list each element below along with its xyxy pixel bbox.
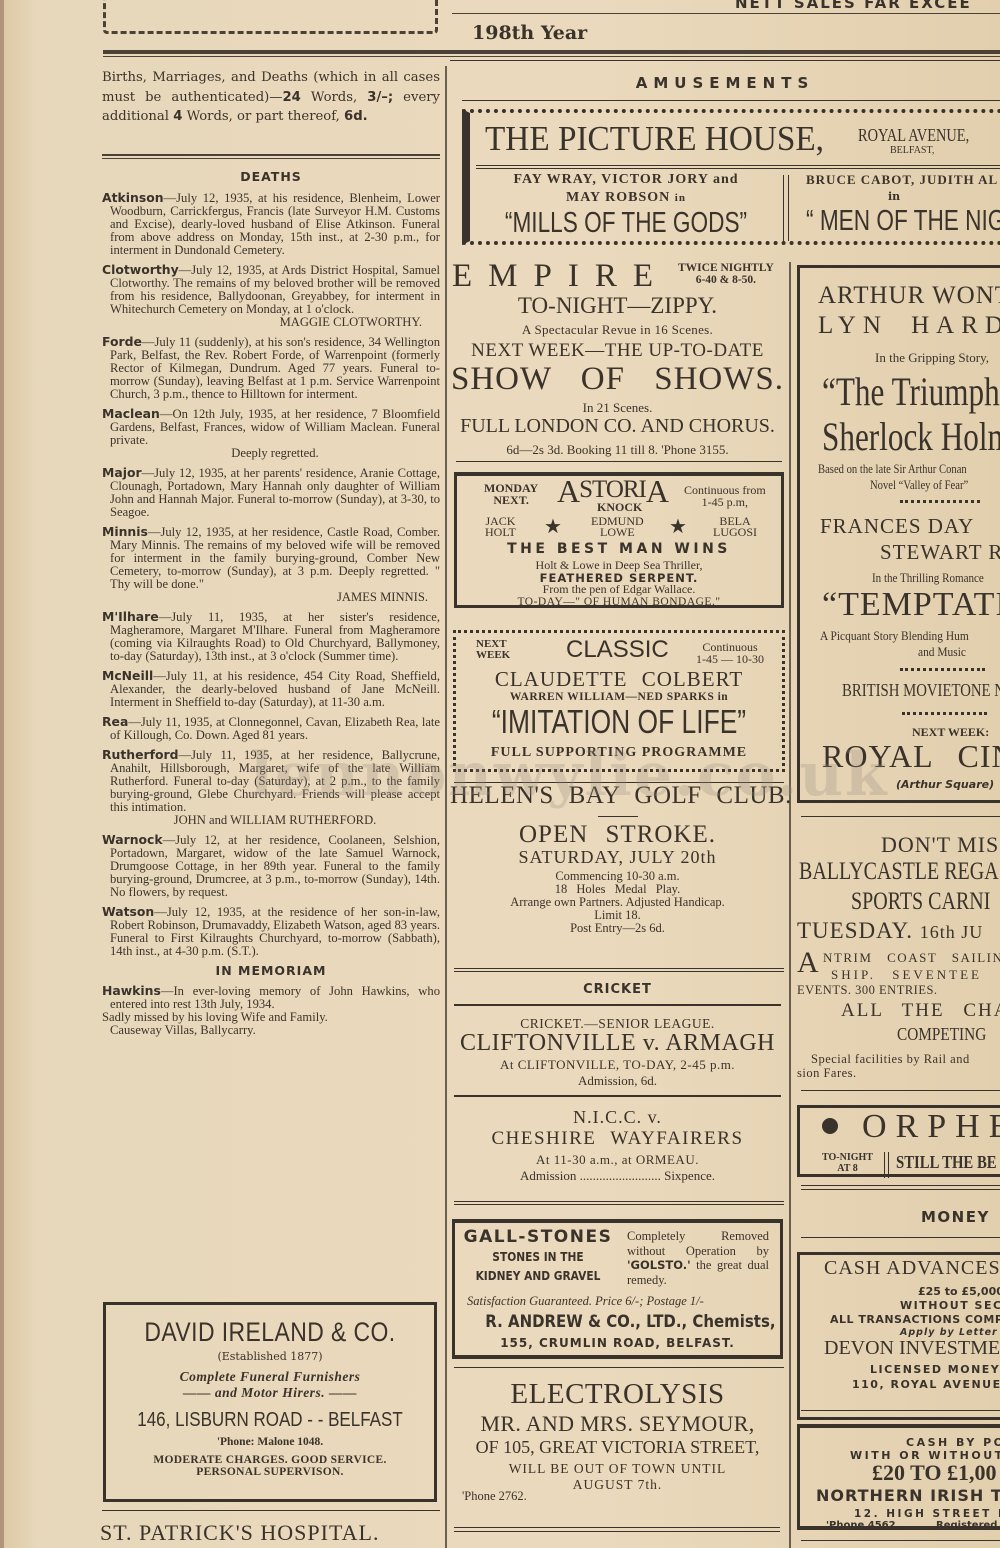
death-notice: Rea—July 11, 1935, at Clonnegonnel, Cava… (102, 714, 440, 742)
david-ireland-ad: DAVID IRELAND & CO. (Established 1877) C… (103, 1302, 437, 1502)
rule (801, 1237, 1000, 1238)
in-memoriam-heading: IN MEMORIAM (102, 963, 440, 978)
cliftonville-armagh-match: CLIFTONVILLE v. ARMAGH (450, 1030, 785, 1057)
northern-irish-trust-ad: CASH BY POST WITH OR WITHOUT SE £20 TO £… (797, 1424, 1000, 1530)
death-notice: Forde—July 11 (suddenly), at his son's r… (102, 334, 440, 401)
section-rule (102, 154, 440, 159)
memoriam-notice: Hawkins—In ever-loving memory of John Ha… (102, 983, 440, 1037)
right-column: ARTHUR WONT LYN HARDI In the Gripping St… (793, 0, 1000, 1548)
dotted-rule (900, 668, 985, 671)
rule (801, 1189, 1000, 1190)
ireland-services-1: Complete Funeral Furnishers (106, 1369, 434, 1385)
star-icon: ★ (669, 514, 687, 538)
helens-bay-golf-ad: HELEN'S BAY GOLF CLUB. OPEN STROKE. SATU… (450, 782, 785, 935)
rule (102, 1510, 440, 1511)
money-heading: MONEY (921, 1208, 990, 1226)
ireland-company-name: DAVID IRELAND & CO. (131, 1317, 410, 1348)
cricket-section: CRICKET CRICKET.—SENIOR LEAGUE. CLIFTONV… (450, 982, 785, 1184)
wheat-meal-ad-border: WHEAT MEAL (103, 0, 438, 34)
cheshire-wayfairers-match: CHESHIRE WAYFAIRERS (450, 1128, 785, 1150)
film-title: “The Triumph (822, 368, 1000, 415)
death-notice: Warnock—July 12, at her residence, Coola… (102, 832, 440, 899)
rule (454, 968, 784, 969)
death-notice: Major—July 12, 1935, at her parents' res… (102, 465, 440, 519)
newspaper-page: WHEAT MEAL NETT SALES FAR EXCEE 198th Ye… (0, 0, 1000, 1548)
year-label: 198th Year (472, 22, 587, 44)
rule (454, 1531, 780, 1532)
double-vertical-rule (783, 175, 789, 241)
memoriam-list: Hawkins—In ever-loving memory of John Ha… (102, 983, 440, 1037)
death-notice: M'Ilhare—July 11, 1935, at her sister's … (102, 609, 440, 663)
orpheus-ad: ORPHE TO-NIGHTAT 8 STILL THE BE (797, 1105, 1000, 1177)
mills-of-the-gods-listing: FAY WRAY, VICTOR JORY and MAY ROBSON in … (470, 171, 782, 240)
dotted-rule (902, 712, 987, 715)
rule (454, 1201, 784, 1202)
royal-cinema-ad: ARTHUR WONT LYN HARDI In the Gripping St… (797, 265, 1000, 803)
ireland-services-2: —— and Motor Hirers. —— (106, 1385, 434, 1401)
dash-rule (598, 816, 638, 817)
death-notice: Watson—July 12, 1935, at the residence o… (102, 904, 440, 958)
gall-stones-ad: GALL-STONES STONES IN THE KIDNEY AND GRA… (452, 1219, 783, 1359)
rule (454, 1367, 784, 1368)
rule (801, 816, 1000, 817)
electrolysis-notice: ELECTROLYSIS MR. AND MRS. SEYMOUR, OF 10… (450, 1370, 785, 1504)
star-icon: ★ (544, 514, 562, 538)
death-notice: Atkinson—July 12, 1935, at his residence… (102, 190, 440, 257)
rule (801, 1090, 1000, 1091)
classic-title: CLASSIC (566, 636, 669, 664)
death-notice: Rutherford—July 11, 1935, at her residen… (102, 747, 440, 827)
drop-cap: A (797, 946, 819, 980)
bullet-icon (822, 1118, 838, 1134)
death-notice: McNeill—July 11, at his residence, 454 C… (102, 668, 440, 709)
rule (454, 1004, 781, 1006)
ireland-established: (Established 1877) (106, 1350, 434, 1363)
astoria-ad: MONDAYNEXT. ASTORIA KNOCK Continuous fro… (454, 472, 784, 608)
show-of-shows: SHOW OF SHOWS. (450, 361, 785, 398)
ireland-supervision: PERSONAL SUPERVISON. (106, 1466, 434, 1478)
death-notice: Minnis—July 12, 1935, at her residence, … (102, 524, 440, 604)
dotted-rule (900, 500, 980, 503)
film-title: “IMITATION OF LIFE” (489, 703, 750, 741)
ireland-address: 146, LISBURN ROAD - - BELFAST (131, 1409, 410, 1432)
rule (801, 1185, 1000, 1186)
death-notice: Clotworthy—July 12, 1935, at Ards Distri… (102, 262, 440, 329)
picture-house-title: THE PICTURE HOUSE, (485, 119, 824, 159)
column-divider-1 (445, 66, 447, 1548)
orpheus-title: ORPHE (862, 1108, 1000, 1146)
empire-showtimes: TWICE NIGHTLY 6-40 & 8-50. (678, 262, 774, 286)
classic-cinema-ad: NEXTWEEK CLASSIC Continuous1-45 — 10-30 … (453, 630, 785, 772)
death-notices-list: Atkinson—July 12, 1935, at his residence… (102, 190, 440, 958)
ireland-phone: 'Phone: Malone 1048. (106, 1436, 434, 1448)
rule (801, 1410, 1000, 1411)
film-title: “TEMPTATIO (822, 586, 1000, 624)
film-title: “MILLS OF THE GODS” (504, 207, 747, 240)
notice-rates: Births, Marriages, and Deaths (which in … (102, 68, 440, 127)
st-patricks-hospital-heading: ST. PATRICK'S HOSPITAL. (100, 1520, 379, 1546)
rule (454, 1095, 781, 1097)
deaths-section: DEATHS Atkinson—July 12, 1935, at his re… (102, 154, 440, 1042)
rule (456, 461, 782, 462)
devon-investments-ad: CASH ADVANCES £25 to £5,000. WITHOUT SEC… (797, 1252, 1000, 1420)
astoria-film-title: THE BEST MAN WINS (457, 541, 781, 557)
rule (454, 1527, 780, 1528)
royal-cinema-title: ROYAL CIN (822, 738, 1000, 775)
empire-title: EMPIRE (452, 258, 669, 295)
ireland-charges: MODERATE CHARGES. GOOD SERVICE. (106, 1454, 434, 1466)
rule (801, 1540, 1000, 1541)
rule (454, 1204, 784, 1205)
rule (454, 971, 784, 972)
film-title: Sherlock Holm (822, 413, 1000, 460)
death-notice: Maclean—On 12th July, 1935, at her resid… (102, 406, 440, 460)
golf-club-name: HELEN'S BAY GOLF CLUB. (450, 782, 785, 810)
page-edge-shadow (0, 0, 4, 1548)
column-divider-2 (789, 262, 791, 1548)
double-vertical-rule (884, 1152, 889, 1178)
deaths-heading: DEATHS (102, 169, 440, 184)
cricket-heading: CRICKET (450, 982, 785, 997)
